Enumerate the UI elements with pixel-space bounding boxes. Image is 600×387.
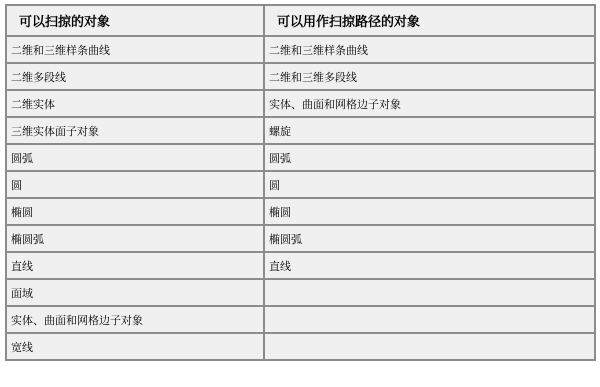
cell-path: 二维和三维多段线	[264, 63, 595, 90]
cell-path: 圆弧	[264, 144, 595, 171]
table-row: 面域	[6, 279, 595, 306]
cell-sweepable: 三维实体面子对象	[6, 117, 264, 144]
sweep-objects-table: 可以扫掠的对象 可以用作扫掠路径的对象 二维和三维样条曲线 二维和三维样条曲线 …	[5, 4, 596, 361]
cell-path	[264, 306, 595, 333]
cell-sweepable: 面域	[6, 279, 264, 306]
cell-sweepable: 实体、曲面和网格边子对象	[6, 306, 264, 333]
table-row: 实体、曲面和网格边子对象	[6, 306, 595, 333]
cell-sweepable: 圆弧	[6, 144, 264, 171]
table-row: 直线 直线	[6, 252, 595, 279]
cell-sweepable: 圆	[6, 171, 264, 198]
cell-path: 实体、曲面和网格边子对象	[264, 90, 595, 117]
table-row: 椭圆弧 椭圆弧	[6, 225, 595, 252]
table-header-row: 可以扫掠的对象 可以用作扫掠路径的对象	[6, 5, 595, 36]
cell-path: 圆	[264, 171, 595, 198]
cell-path	[264, 333, 595, 360]
table-row: 圆 圆	[6, 171, 595, 198]
cell-sweepable: 二维多段线	[6, 63, 264, 90]
table-row: 二维实体 实体、曲面和网格边子对象	[6, 90, 595, 117]
table-row: 宽线	[6, 333, 595, 360]
table-row: 二维多段线 二维和三维多段线	[6, 63, 595, 90]
cell-path: 螺旋	[264, 117, 595, 144]
cell-sweepable: 直线	[6, 252, 264, 279]
cell-path: 椭圆弧	[264, 225, 595, 252]
header-sweep-path-objects: 可以用作扫掠路径的对象	[264, 5, 595, 36]
cell-sweepable: 椭圆	[6, 198, 264, 225]
table-row: 二维和三维样条曲线 二维和三维样条曲线	[6, 36, 595, 63]
table-row: 圆弧 圆弧	[6, 144, 595, 171]
cell-sweepable: 二维实体	[6, 90, 264, 117]
table-row: 椭圆 椭圆	[6, 198, 595, 225]
header-sweepable-objects: 可以扫掠的对象	[6, 5, 264, 36]
cell-path: 二维和三维样条曲线	[264, 36, 595, 63]
cell-path	[264, 279, 595, 306]
cell-sweepable: 椭圆弧	[6, 225, 264, 252]
cell-sweepable: 宽线	[6, 333, 264, 360]
cell-path: 直线	[264, 252, 595, 279]
cell-path: 椭圆	[264, 198, 595, 225]
cell-sweepable: 二维和三维样条曲线	[6, 36, 264, 63]
sweep-objects-table-container: 可以扫掠的对象 可以用作扫掠路径的对象 二维和三维样条曲线 二维和三维样条曲线 …	[5, 4, 594, 361]
table-row: 三维实体面子对象 螺旋	[6, 117, 595, 144]
